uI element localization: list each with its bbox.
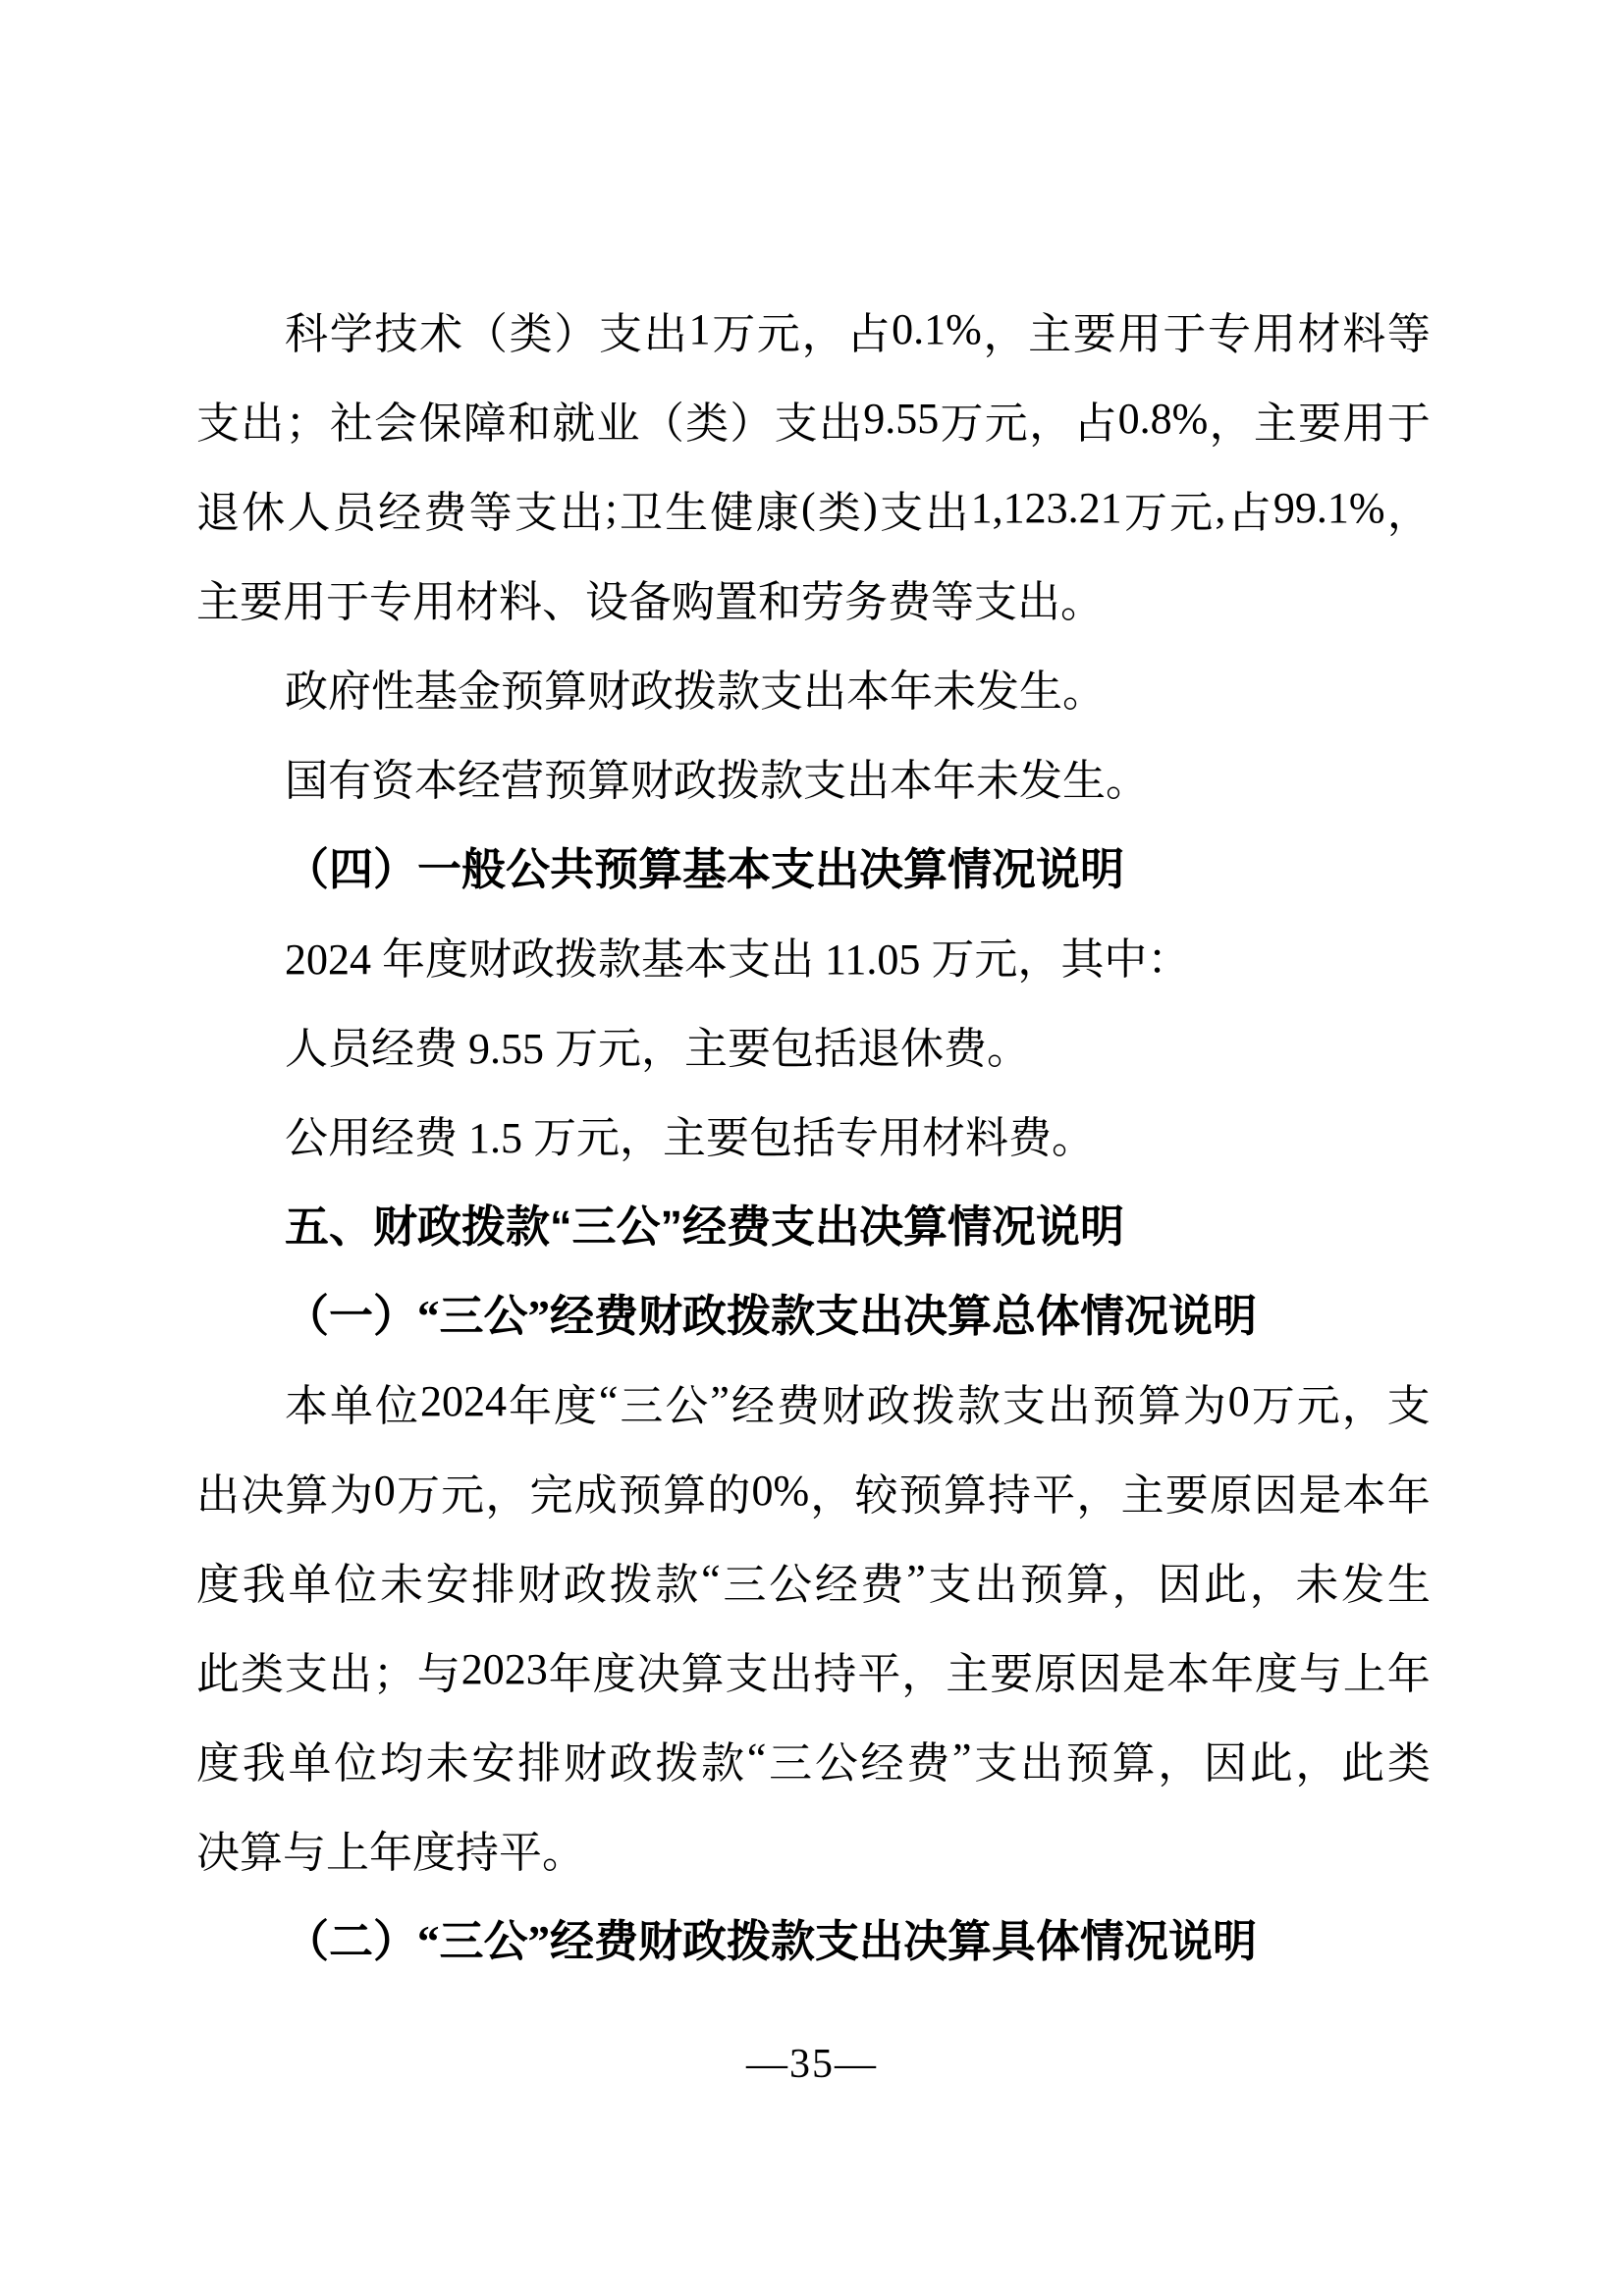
section-heading: （二）“三公”经费财政拨款支出决算具体情况说明 (196, 1893, 1431, 1982)
section-heading: （一）“三公”经费财政拨款支出决算总体情况说明 (196, 1267, 1431, 1357)
text-line: 支出；社会保障和就业（类）支出9.55万元，占0.8%，主要用于 (196, 374, 1431, 463)
section-heading: 五、财政拨款“三公”经费支出决算情况说明 (196, 1178, 1431, 1267)
text-line: 国有资本经营预算财政拨款支出本年未发生。 (196, 731, 1431, 821)
text-line: 2024 年度财政拨款基本支出 11.05 万元，其中： (196, 910, 1431, 999)
section-heading: （四）一般公共预算基本支出决算情况说明 (196, 821, 1431, 910)
document-page: 科学技术（类）支出1万元，占0.1%，主要用于专用材料等支出；社会保障和就业（类… (0, 0, 1624, 2296)
text-line: 决算与上年度持平。 (196, 1803, 1431, 1893)
text-line: 退休人员经费等支出;卫生健康(类)支出1,123.21万元,占99.1%， (196, 463, 1431, 553)
text-line: 政府性基金预算财政拨款支出本年未发生。 (196, 642, 1431, 731)
text-line: 公用经费 1.5 万元，主要包括专用材料费。 (196, 1089, 1431, 1178)
text-line: 此类支出；与2023年度决算支出持平，主要原因是本年度与上年 (196, 1625, 1431, 1714)
text-line: 度我单位未安排财政拨款“三公经费”支出预算，因此，未发生 (196, 1535, 1431, 1625)
page-number: —35— (746, 2041, 878, 2088)
text-line: 度我单位均未安排财政拨款“三公经费”支出预算，因此，此类 (196, 1714, 1431, 1803)
text-line: 人员经费 9.55 万元，主要包括退休费。 (196, 999, 1431, 1089)
text-line: 科学技术（类）支出1万元，占0.1%，主要用于专用材料等 (196, 285, 1431, 374)
text-line: 主要用于专用材料、设备购置和劳务费等支出。 (196, 553, 1431, 642)
text-line: 出决算为0万元，完成预算的0%，较预算持平，主要原因是本年 (196, 1446, 1431, 1535)
text-line: 本单位2024年度“三公”经费财政拨款支出预算为0万元，支 (196, 1357, 1431, 1446)
text-column: 科学技术（类）支出1万元，占0.1%，主要用于专用材料等支出；社会保障和就业（类… (196, 285, 1431, 1982)
page-footer: —35— (0, 2019, 1624, 2109)
